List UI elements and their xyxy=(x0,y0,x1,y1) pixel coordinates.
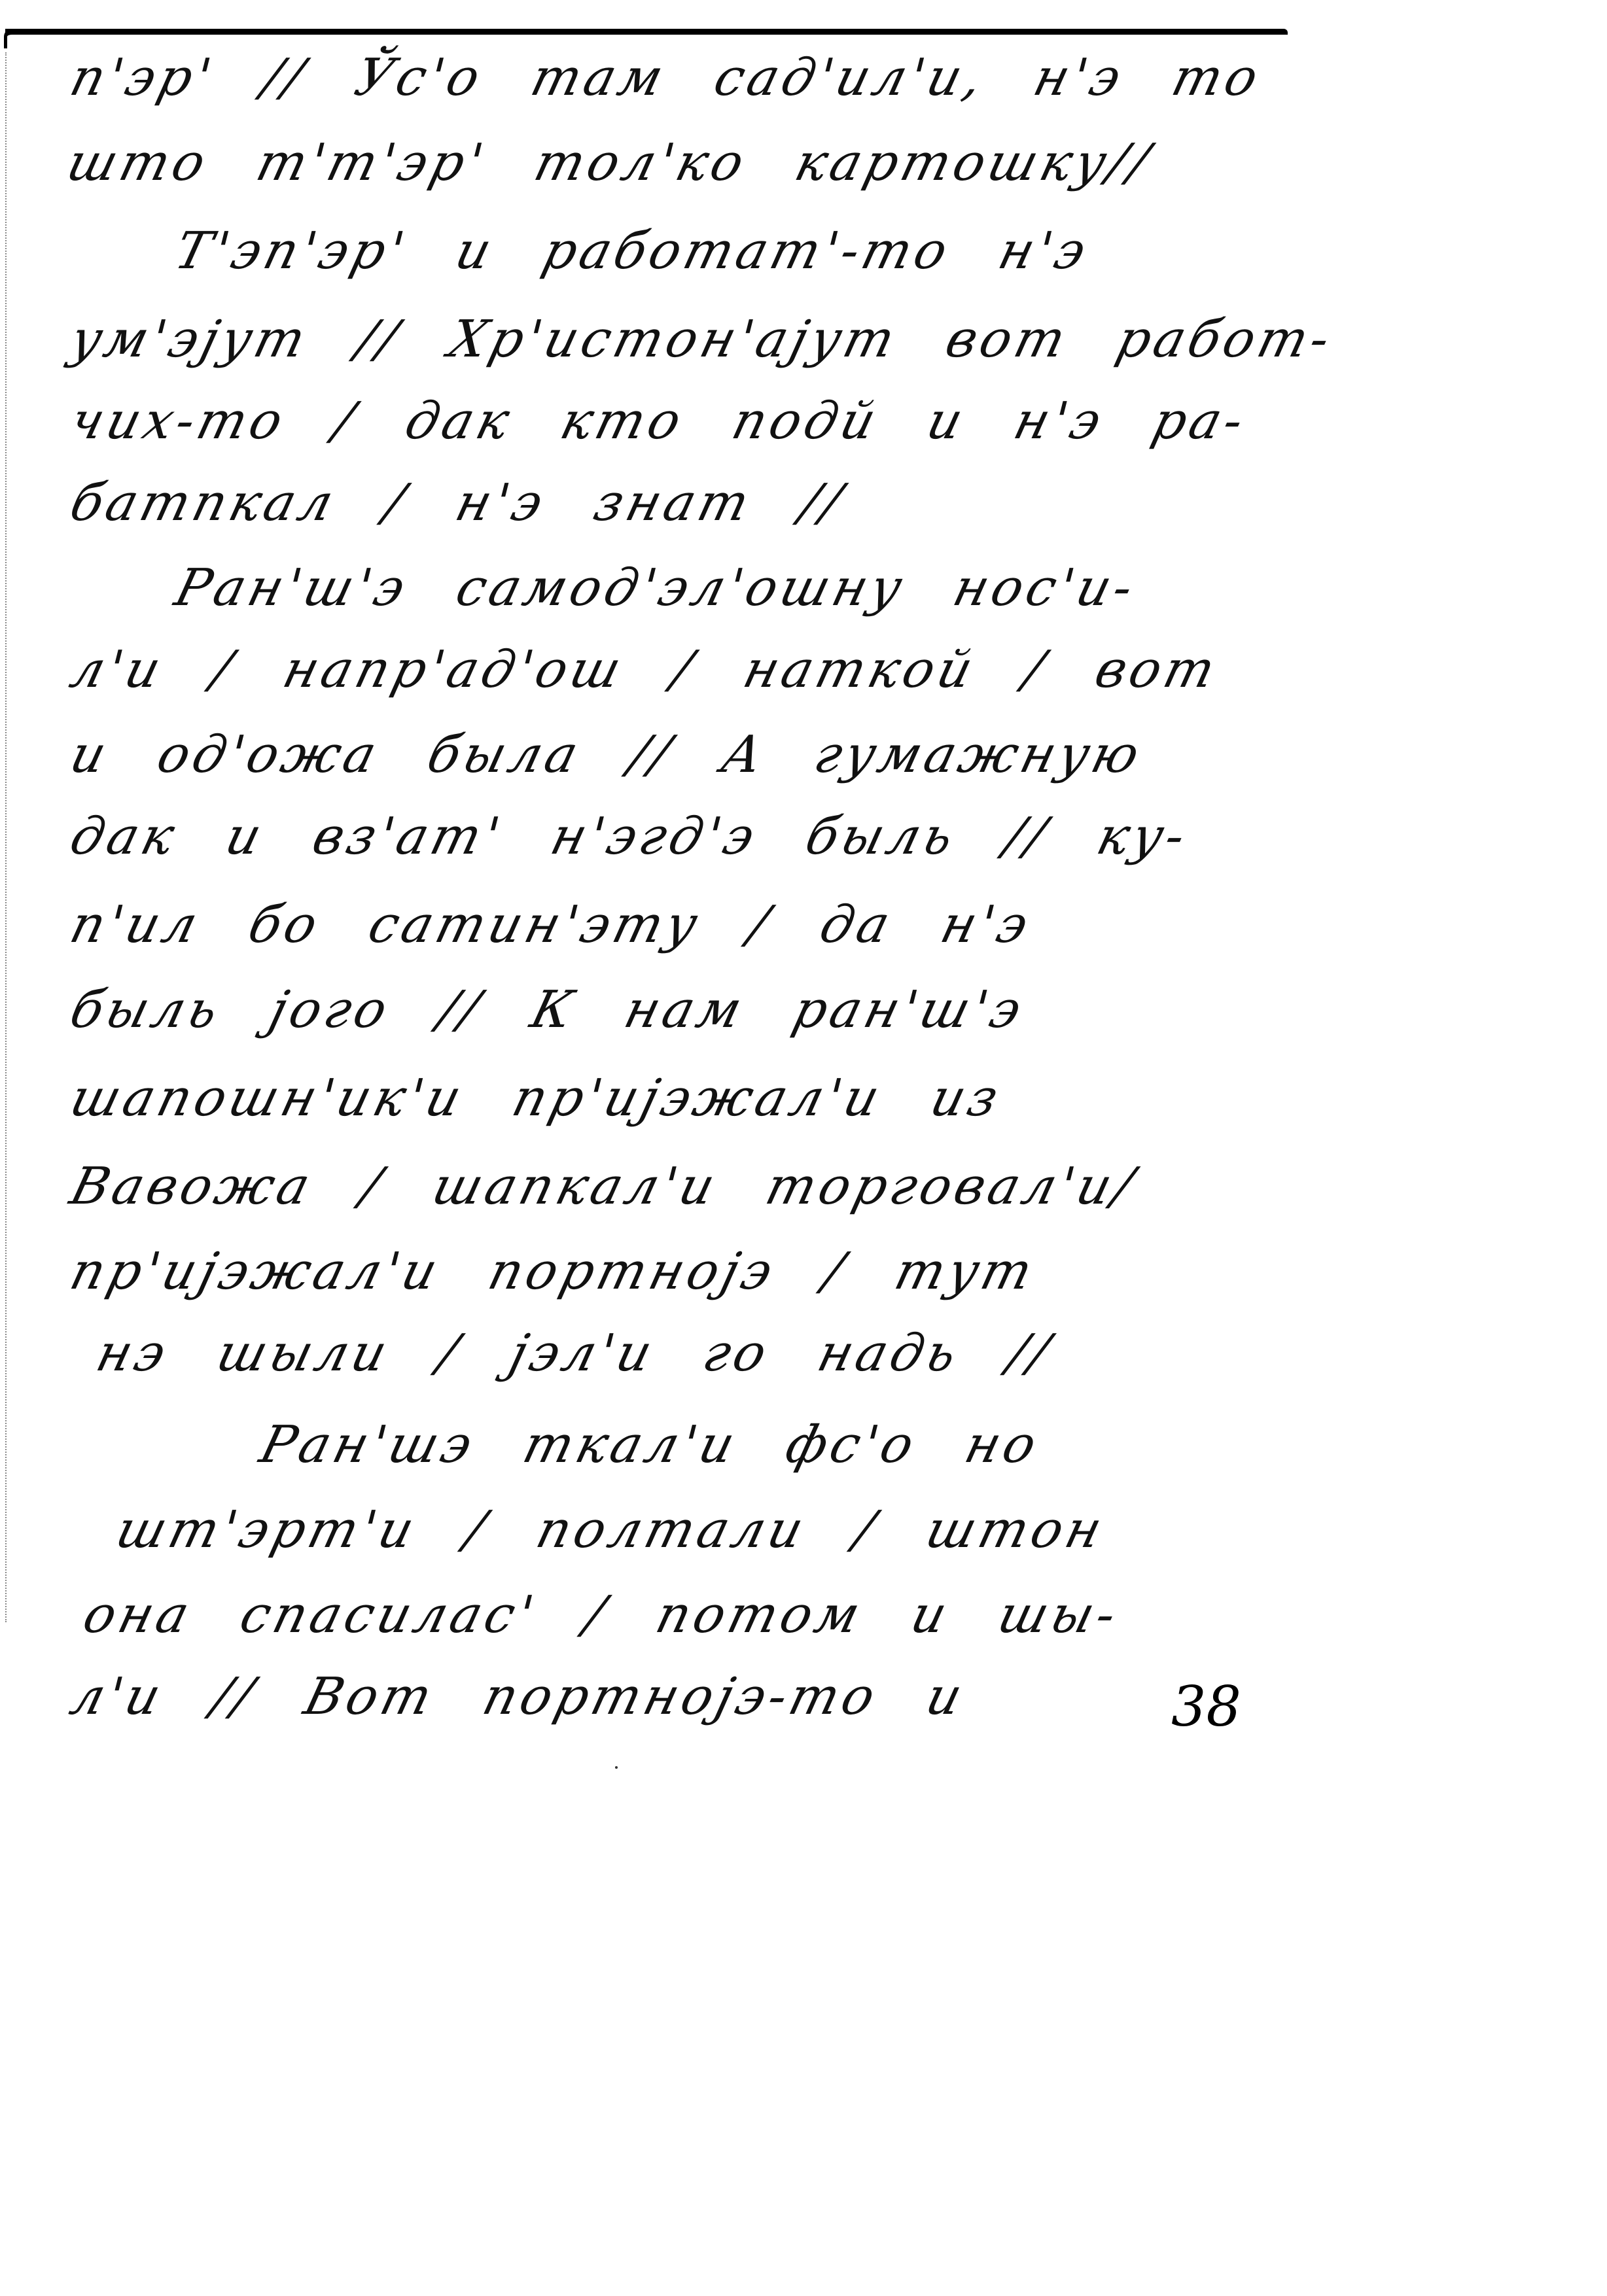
text-line-13: шапошн'ик'и пр'ијэжал'и из xyxy=(65,1073,1007,1124)
text-line-16: нэ шыли / јэл'и го надь // xyxy=(92,1328,1058,1379)
text-line-17: Ран'шэ ткал'и фс'о но xyxy=(255,1419,1045,1470)
left-margin-scan-artifact xyxy=(5,52,7,1622)
scan-speck xyxy=(615,1766,618,1769)
text-line-18: шт'эрт'и / полтали / штон xyxy=(111,1505,1110,1556)
text-line-8: л'и / напр'ад'ош / наткой / вот xyxy=(65,644,1224,695)
handwritten-page: п'эр' // Ўс'о там сад'ил'и, н'э то што т… xyxy=(0,0,1607,2296)
text-line-3: Т'эп'эр' и работат'-то н'э xyxy=(170,226,1095,277)
text-line-1: п'эр' // Ўс'о там сад'ил'и, н'э то xyxy=(65,52,1267,103)
text-line-4: ум'эјут // Хр'истон'ајут вот работ- xyxy=(65,314,1339,365)
page-number: 38 xyxy=(1171,1675,1241,1739)
text-line-20: л'и // Вот портнојэ-то и xyxy=(65,1671,971,1722)
text-line-15: пр'ијэжал'и портнојэ / тут xyxy=(65,1246,1041,1297)
text-line-9: и од'ожа была // А гумажную xyxy=(65,729,1148,780)
text-line-19: она спасилас' / потом и шы- xyxy=(79,1590,1125,1641)
text-line-2: што т'т'эр' тол'ко картошку// xyxy=(62,137,1157,188)
text-line-7: Ран'ш'э самод'эл'ошну нос'и- xyxy=(170,563,1142,614)
text-line-12: быль јого // К нам ран'ш'э xyxy=(65,984,1030,1035)
text-line-14: Вавожа / шапкал'и торговал'и/ xyxy=(65,1161,1142,1212)
text-line-11: п'ил бо сатин'эту / да н'э xyxy=(65,899,1036,950)
top-border-corner xyxy=(4,29,13,48)
text-line-6: батпкал / н'э знат // xyxy=(65,478,850,529)
text-line-10: дак и вз'ат' н'эгд'э быль // ку- xyxy=(65,811,1194,862)
top-border-rule xyxy=(5,29,1288,35)
text-line-5: чих-то / дак кто подй и н'э ра- xyxy=(65,396,1252,447)
